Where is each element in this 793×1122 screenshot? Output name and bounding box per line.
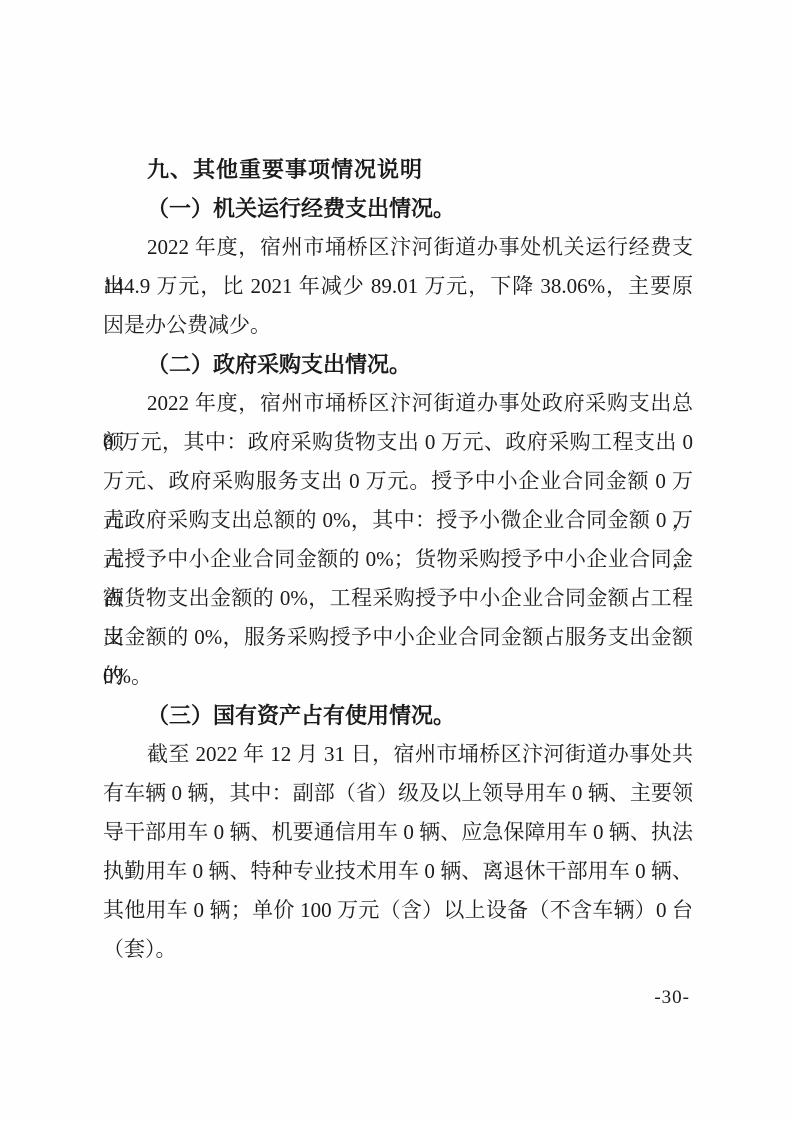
page-number: -30- xyxy=(654,983,690,1013)
body-line: 2022 年度，宿州市埇桥区汴河街道办事处机关运行经费支出 xyxy=(103,228,693,267)
subsection-heading: （三）国有资产占有使用情况。 xyxy=(103,696,693,735)
body-line: 导干部用车 0 辆、机要通信用车 0 辆、应急保障用车 0 辆、执法 xyxy=(103,813,693,852)
page-content: 九、其他重要事项情况说明 （一）机关运行经费支出情况。 2022 年度，宿州市埇… xyxy=(103,150,693,969)
subsection-org-operating-expense: （一）机关运行经费支出情况。 2022 年度，宿州市埇桥区汴河街道办事处机关运行… xyxy=(103,189,693,345)
subsection-state-assets: （三）国有资产占有使用情况。 截至 2022 年 12 月 31 日，宿州市埇桥… xyxy=(103,696,693,969)
subsection-heading: （一）机关运行经费支出情况。 xyxy=(103,189,693,228)
body-line: 占货物支出金额的 0%，工程采购授予中小企业合同金额占工程支 xyxy=(103,579,693,618)
body-line: 144.9 万元，比 2021 年减少 89.01 万元，下降 38.06%，主… xyxy=(103,267,693,306)
body-line: 2022 年度，宿州市埇桥区汴河街道办事处政府采购支出总额 xyxy=(103,384,693,423)
body-line: 0%。 xyxy=(103,657,693,696)
body-line: 0 万元，其中：政府采购货物支出 0 万元、政府采购工程支出 0 xyxy=(103,423,693,462)
body-line: 有车辆 0 辆，其中：副部（省）级及以上领导用车 0 辆、主要领 xyxy=(103,774,693,813)
body-line: 截至 2022 年 12 月 31 日，宿州市埇桥区汴河街道办事处共 xyxy=(103,735,693,774)
body-line: 其他用车 0 辆；单价 100 万元（含）以上设备（不含车辆）0 台 xyxy=(103,891,693,930)
subsection-heading: （二）政府采购支出情况。 xyxy=(103,345,693,384)
document-page: 九、其他重要事项情况说明 （一）机关运行经费支出情况。 2022 年度，宿州市埇… xyxy=(0,0,793,1122)
body-line: 出金额的 0%，服务采购授予中小企业合同金额占服务支出金额的 xyxy=(103,618,693,657)
body-line: 因是办公费减少。 xyxy=(103,306,693,345)
body-line: 占政府采购支出总额的 0%，其中：授予小微企业合同金额 0 万元， xyxy=(103,501,693,540)
body-line: 执勤用车 0 辆、特种专业技术用车 0 辆、离退休干部用车 0 辆、 xyxy=(103,852,693,891)
subsection-government-procurement: （二）政府采购支出情况。 2022 年度，宿州市埇桥区汴河街道办事处政府采购支出… xyxy=(103,345,693,696)
body-line: （套）。 xyxy=(103,930,693,969)
section-heading: 九、其他重要事项情况说明 xyxy=(103,150,693,189)
body-line: 占授予中小企业合同金额的 0%；货物采购授予中小企业合同金额 xyxy=(103,540,693,579)
body-line: 万元、政府采购服务支出 0 万元。授予中小企业合同金额 0 万元， xyxy=(103,462,693,501)
